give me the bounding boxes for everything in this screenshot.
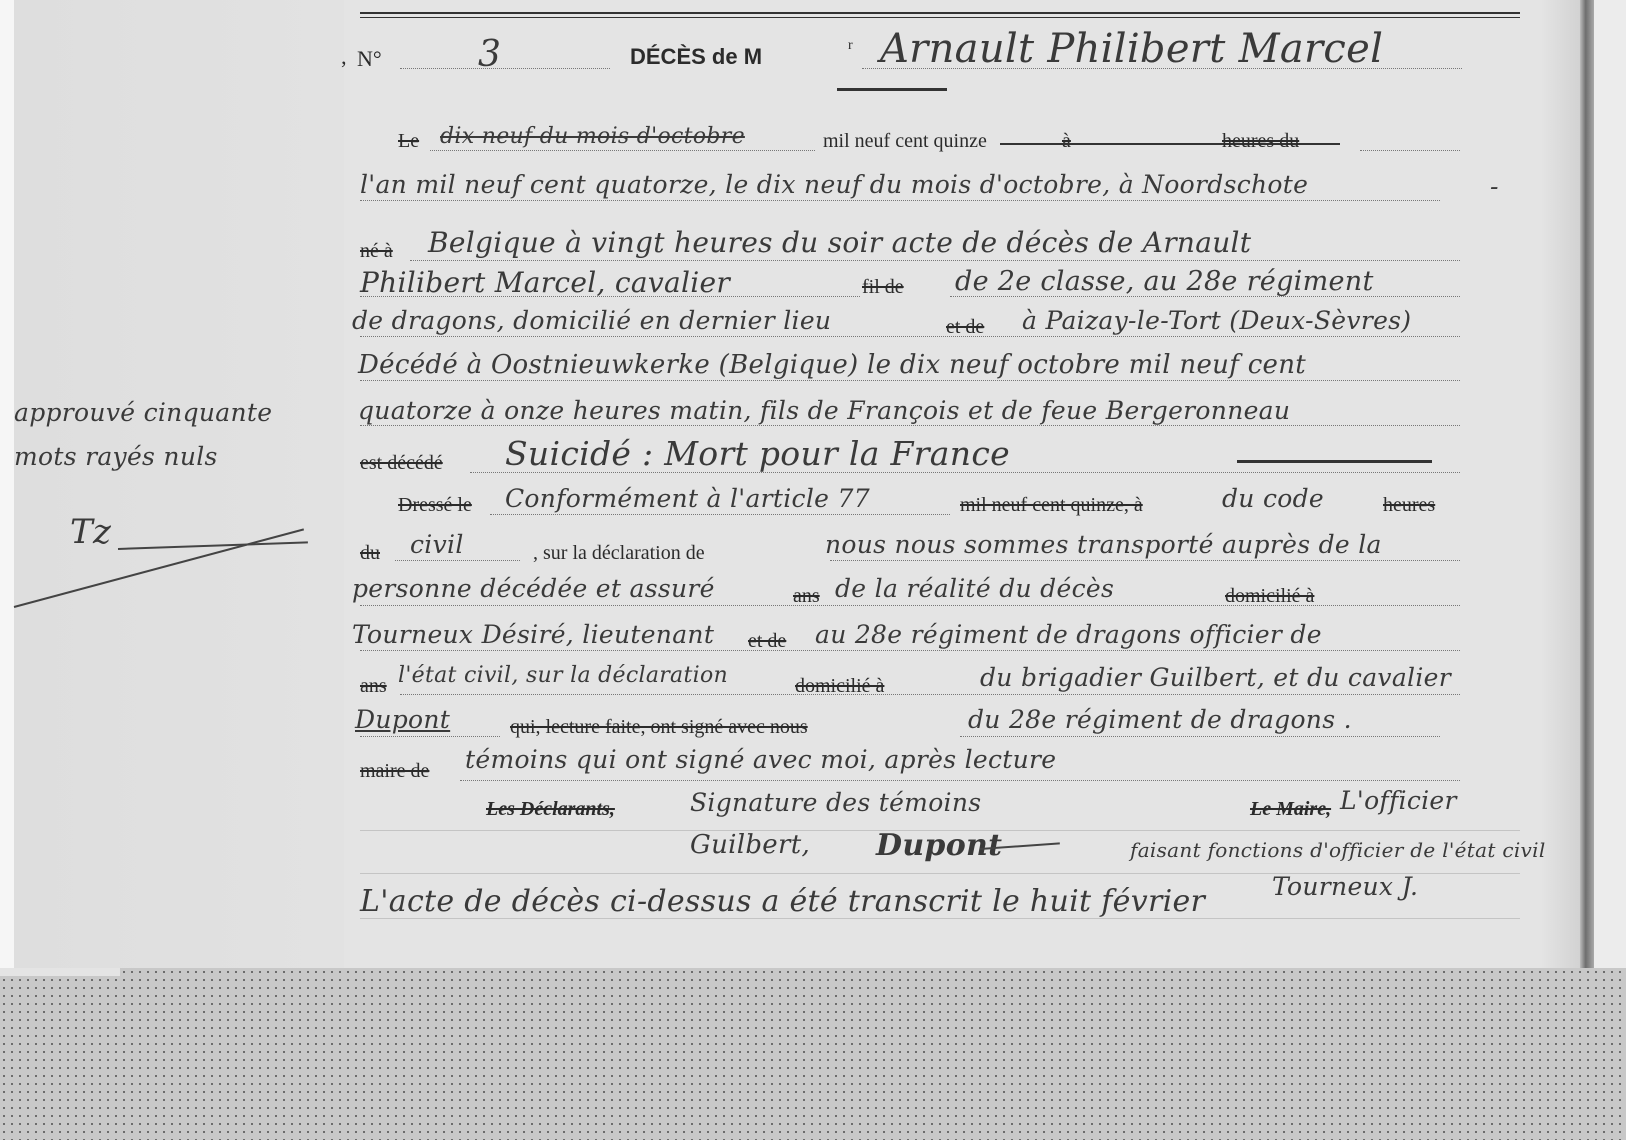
dotline — [360, 200, 1440, 201]
printed-declaration: , sur la déclaration de — [533, 542, 705, 565]
printed-ne-a: né à — [360, 240, 393, 263]
header-underline — [837, 88, 947, 91]
left-margin — [14, 0, 344, 975]
printed-heures: heures — [1383, 494, 1435, 517]
printed-et-de: et de — [946, 316, 984, 339]
witness-signature-dupont: Dupont — [876, 828, 1002, 863]
transcription-note: L'acte de décès ci-dessus a été transcri… — [360, 884, 1205, 919]
printed-fil-de: fil de — [862, 276, 904, 299]
dotline — [1360, 150, 1460, 151]
handwritten-line: du code — [1222, 484, 1324, 513]
margin-note-approval: approuvé cinquante — [14, 398, 272, 427]
page-edge-right — [1594, 0, 1626, 975]
bullet-mark: ‚ — [340, 44, 347, 70]
handwritten-date: dix neuf du mois d'octobre — [440, 124, 745, 149]
dotline — [400, 694, 1460, 695]
witness-signature-guilbert: Guilbert, — [690, 830, 810, 860]
number-label: N° — [357, 46, 382, 72]
top-rule-thin — [360, 17, 1520, 18]
printed-ans: ans — [360, 675, 387, 698]
dotline — [360, 336, 1460, 337]
printed-maire-de: maire de — [360, 760, 429, 783]
scanned-register-page: ‚ N° 3 DÉCÈS de M r Arnault Philibert Ma… — [0, 0, 1626, 975]
handwritten-line: l'état civil, sur la déclaration — [398, 663, 728, 688]
printed-est-decede: est décédé — [360, 452, 443, 475]
record-number: 3 — [478, 34, 501, 75]
book-spine — [1580, 0, 1594, 975]
maire-label: Le Maire, — [1250, 798, 1331, 821]
number-dotline — [400, 68, 610, 69]
handwritten-line: témoins qui ont signé avec moi, après le… — [465, 745, 1056, 774]
printed-lecture-faite: qui, lecture faite, ont signé avec nous — [510, 716, 808, 739]
handwritten-line: quatorze à onze heures matin, fils de Fr… — [358, 396, 1290, 425]
officer-title: L'officier — [1340, 786, 1457, 815]
handwritten-line: nous nous sommes transporté auprès de la — [825, 530, 1382, 559]
handwritten-line: personne décédée et assuré — [352, 574, 715, 603]
handwritten-line: du 28e régiment de dragons . — [968, 705, 1352, 734]
top-rule — [360, 12, 1520, 14]
declarants-note: Signature des témoins — [690, 788, 981, 817]
margin-initials: Tz — [70, 512, 111, 552]
printed-ans: ans — [793, 585, 820, 608]
handwritten-line: Conformément à l'article 77 — [505, 484, 870, 513]
dotline — [830, 560, 1460, 561]
printed-le: Le — [398, 130, 419, 153]
printed-dresse-le: Dressé le — [398, 494, 472, 517]
redacted-region — [0, 968, 1626, 1140]
printed-a: à — [1062, 130, 1071, 153]
margin-note-struck-words: mots rayés nuls — [14, 442, 218, 471]
printed-du: du — [360, 542, 380, 565]
printed-year: mil neuf cent quinze, à — [960, 494, 1143, 517]
handwritten-line: Belgique à vingt heures du soir acte de … — [428, 226, 1251, 259]
printed-domicilie-a: domicilié à — [795, 675, 884, 698]
printed-domicilie-a: domicilié à — [1225, 585, 1314, 608]
declarants-label: Les Déclarants, — [486, 798, 615, 821]
printed-year: mil neuf cent quinze — [823, 130, 987, 153]
handwritten-civil: civil — [410, 530, 464, 559]
dotline — [430, 150, 815, 151]
page-continuation — [0, 968, 120, 976]
officer-signature: Tourneux J. — [1272, 872, 1418, 901]
record-title: DÉCÈS de M — [630, 44, 762, 70]
handwritten-line: Décédé à Oostnieuwkerke (Belgique) le di… — [358, 350, 1306, 380]
dotline — [360, 380, 1460, 381]
end-rule — [1237, 460, 1432, 463]
handwritten-line: l'an mil neuf cent quatorze, le dix neuf… — [360, 170, 1308, 199]
dotline — [360, 650, 1460, 651]
handwritten-line: de dragons, domicilié en dernier lieu — [352, 306, 831, 335]
handwritten-cause: Suicidé : Mort pour la France — [505, 434, 1010, 473]
handwritten-name: Philibert Marcel, cavalier — [360, 266, 730, 299]
handwritten-line: de la réalité du décès — [835, 574, 1114, 603]
printed-et-de: et de — [748, 630, 786, 653]
dotline — [410, 260, 1460, 261]
deceased-name: Arnault Philibert Marcel — [880, 26, 1383, 72]
dotline — [960, 736, 1440, 737]
page-edge-left — [0, 0, 14, 975]
dotline — [360, 425, 1460, 426]
stray-mark: - — [1490, 172, 1499, 201]
handwritten-line: à Paizay-le-Tort (Deux-Sèvres) — [1022, 306, 1411, 335]
dotline — [395, 560, 520, 561]
dotline — [360, 736, 500, 737]
dotline — [490, 514, 950, 515]
handwritten-dupont: Dupont — [355, 705, 450, 734]
officer-function: faisant fonctions d'officier de l'état c… — [1130, 838, 1546, 862]
title-superscript: r — [848, 38, 853, 54]
handwritten-line: Tourneux Désiré, lieutenant — [352, 620, 714, 649]
gutter-shadow — [1540, 0, 1580, 975]
handwritten-line: au 28e régiment de dragons officier de — [815, 620, 1322, 649]
handwritten-line: de 2e classe, au 28e régiment — [955, 266, 1374, 297]
printed-heures-du: heures du — [1222, 130, 1299, 153]
handwritten-line: du brigadier Guilbert, et du cavalier — [980, 663, 1451, 692]
dotline — [460, 780, 1460, 781]
